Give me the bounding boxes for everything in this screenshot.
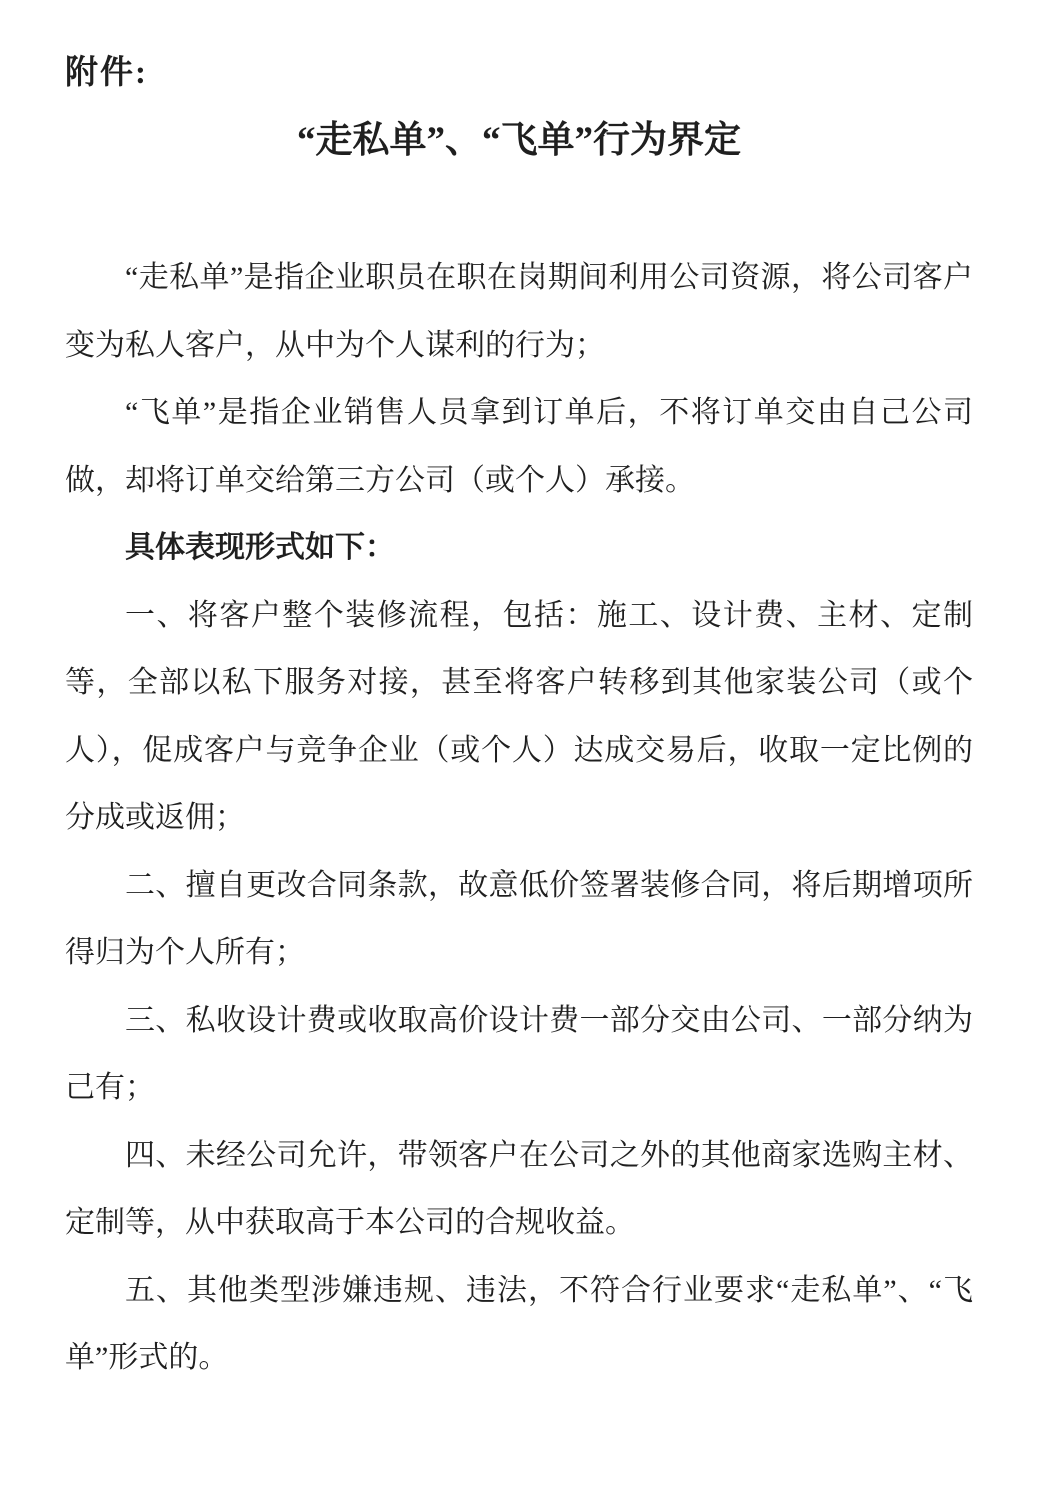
paragraph-definition-feidan: “飞单”是指企业销售人员拿到订单后，不将订单交由自己公司做，却将订单交给第三方公… xyxy=(65,379,973,514)
paragraph-item-3: 三、私收设计费或收取高价设计费一部分交由公司、一部分纳为己有； xyxy=(65,987,973,1122)
paragraph-definition-zousidan: “走私单”是指企业职员在职在岗期间利用公司资源，将公司客户变为私人客户，从中为个… xyxy=(65,244,973,379)
document-body: “走私单”是指企业职员在职在岗期间利用公司资源，将公司客户变为私人客户，从中为个… xyxy=(65,244,973,1392)
document-page: 附件: “走私单”、“飞单”行为界定 “走私单”是指企业职员在职在岗期间利用公司… xyxy=(0,0,1045,1498)
paragraph-item-4: 四、未经公司允许，带领客户在公司之外的其他商家选购主材、定制等，从中获取高于本公… xyxy=(65,1122,973,1257)
paragraph-item-2: 二、擅自更改合同条款，故意低价签署装修合同，将后期增项所得归为个人所有； xyxy=(65,852,973,987)
paragraph-forms-heading: 具体表现形式如下： xyxy=(65,514,973,582)
paragraph-item-5: 五、其他类型涉嫌违规、违法，不符合行业要求“走私单”、“飞单”形式的。 xyxy=(65,1257,973,1392)
paragraph-item-1: 一、将客户整个装修流程，包括：施工、设计费、主材、定制等，全部以私下服务对接，甚… xyxy=(65,582,973,852)
document-title: “走私单”、“飞单”行为界定 xyxy=(65,114,973,168)
attachment-label: 附件: xyxy=(65,50,973,96)
